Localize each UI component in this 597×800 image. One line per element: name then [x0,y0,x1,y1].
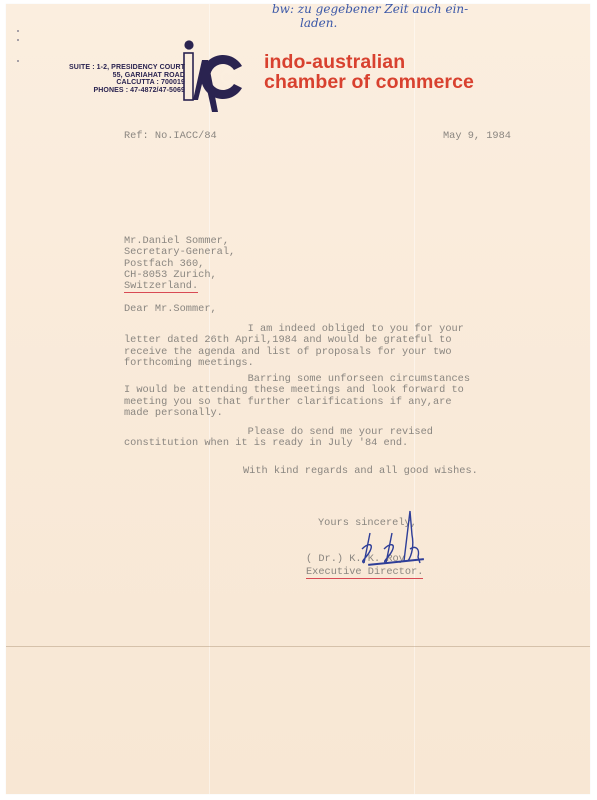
handwritten-note: bw: zu gegebener Zeit auch ein- laden. [272,2,468,30]
organization-name: indo-australian chamber of commerce [264,52,474,92]
paragraph-line: constitution when it is ready in July '8… [124,438,433,449]
margin-marks [15,28,21,68]
letter-date: May 9, 1984 [443,131,511,142]
handnote-line: bw: zu gegebener Zeit auch ein- [272,2,468,16]
handwritten-signature [350,505,440,575]
address-line: SUITE : 1-2, PRESIDENCY COURT [69,64,185,72]
paragraph-line: forthcoming meetings. [124,358,464,369]
paragraph-line: letter dated 26th April,1984 and would b… [124,335,464,346]
paragraph-line: made personally. [124,408,470,419]
paragraph-3: Please do send me your revisedconstituti… [124,427,433,450]
fold-crease [6,646,590,647]
paragraph-2: Barring some unforseen circumstancesI wo… [124,374,470,419]
addressee-line: Secretary-General, [124,247,235,258]
paragraph-line: I would be attending these meetings and … [124,385,470,396]
org-name-line2: chamber of commerce [264,72,474,92]
handnote-line: laden. [272,16,468,30]
salutation: Dear Mr.Sommer, [124,304,217,315]
addressee-country: Switzerland. [124,280,198,293]
closing-line: With kind regards and all good wishes. [243,466,478,477]
iac-logo [180,40,250,112]
letterhead-address: SUITE : 1-2, PRESIDENCY COURT 55, GARIAH… [69,64,185,94]
address-line: CALCUTTA : 700019 [69,79,185,87]
address-line: PHONES : 47-4872/47-5069 [69,87,185,95]
address-line: 55, GARIAHAT ROAD [69,72,185,80]
paragraph-1: I am indeed obliged to you for yourlette… [124,324,464,369]
org-name-line1: indo-australian [264,52,474,72]
reference-number: Ref: No.IACC/84 [124,131,217,142]
addressee-block: Mr.Daniel Sommer,Secretary-General,Postf… [124,236,235,292]
